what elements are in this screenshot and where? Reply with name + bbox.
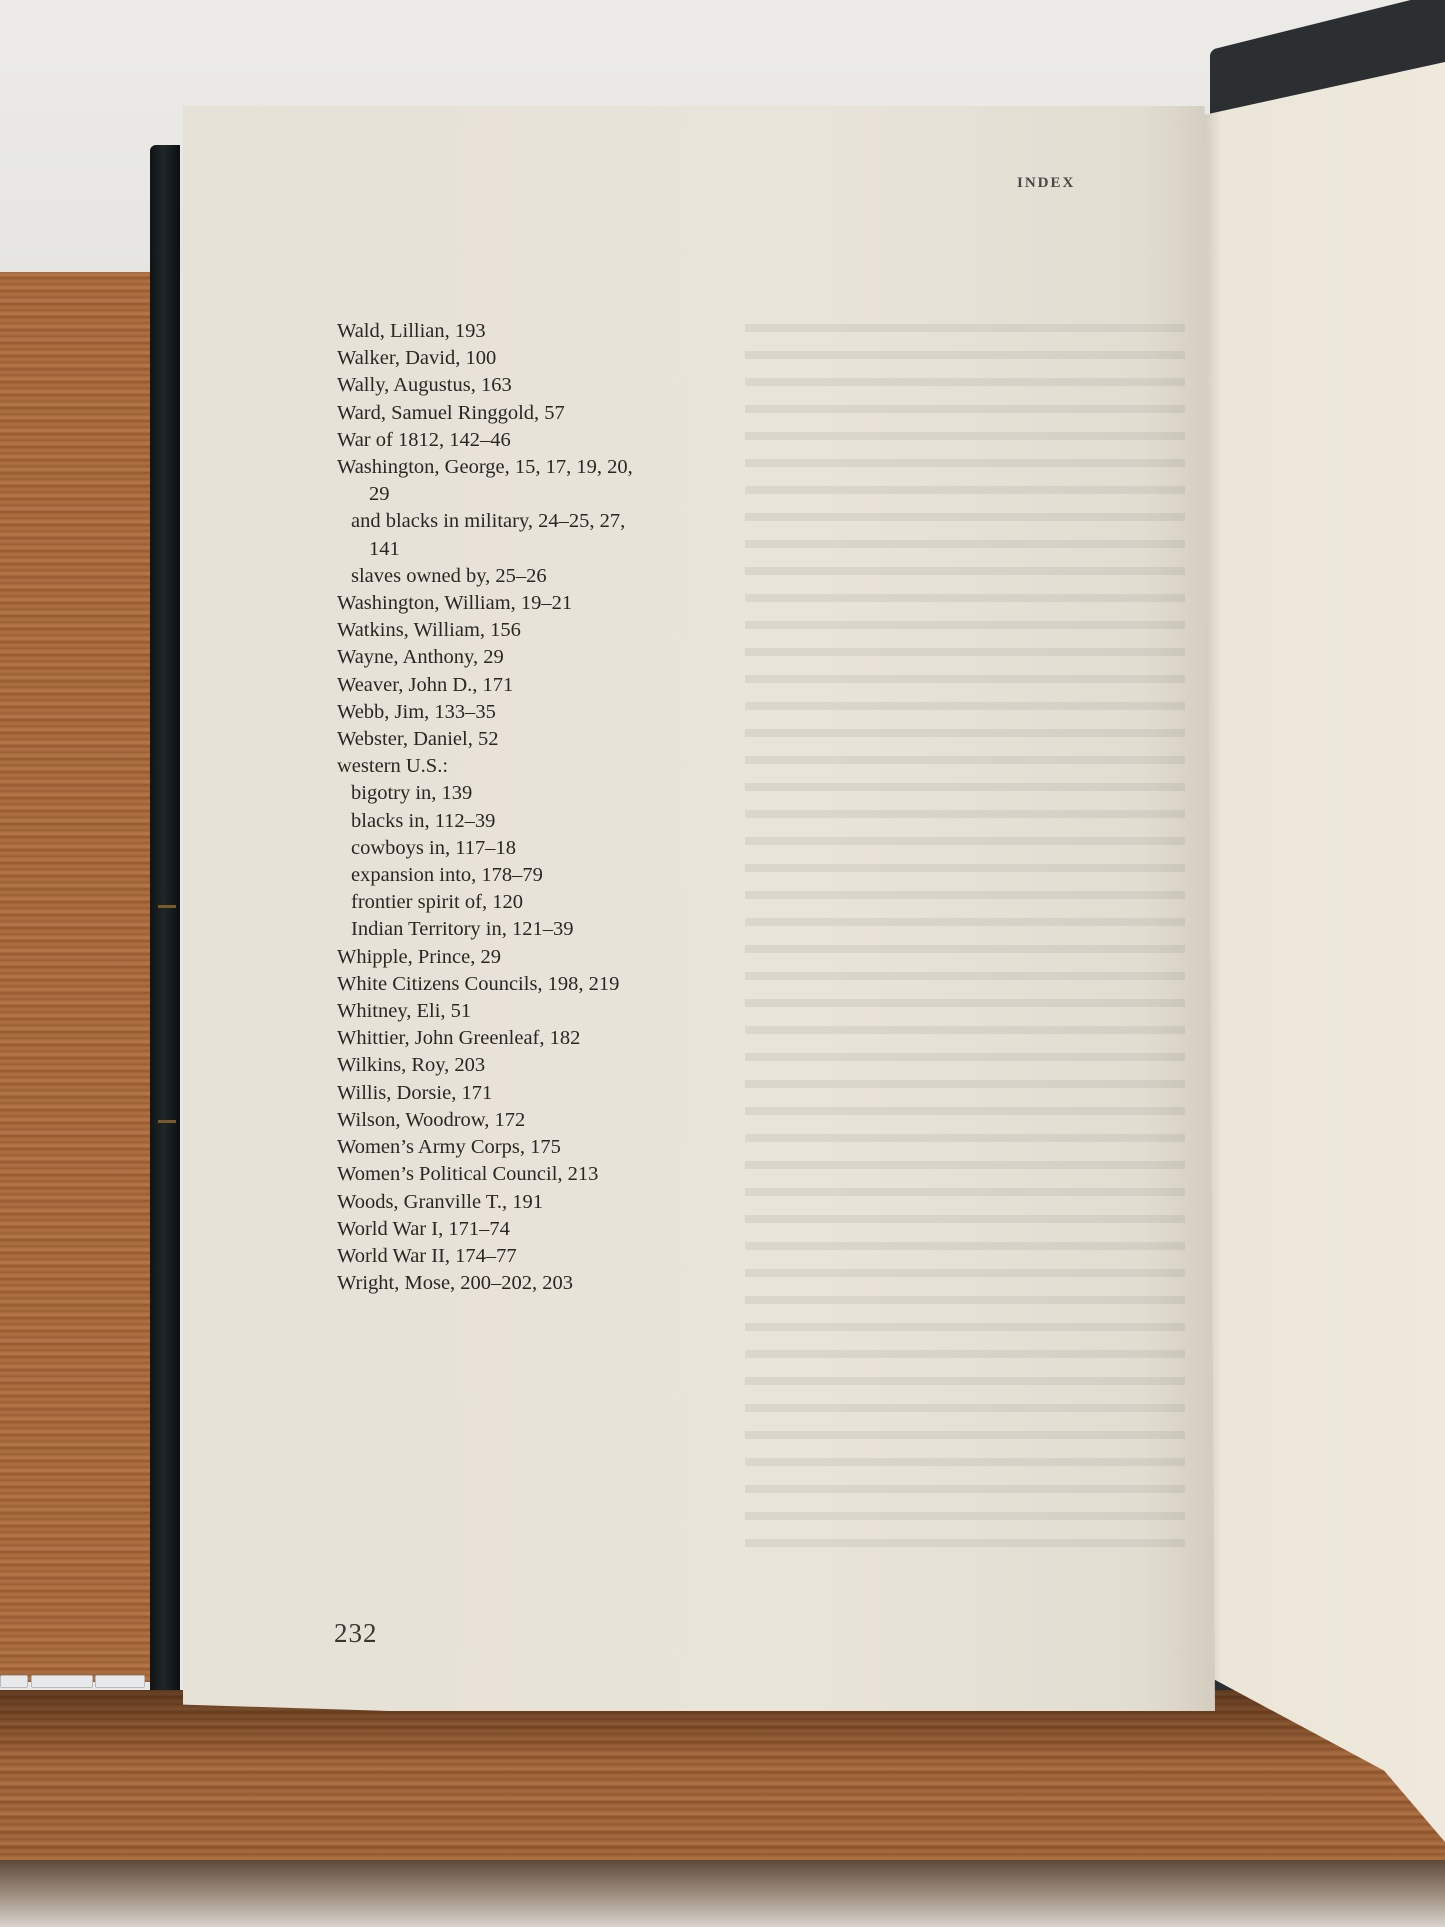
gold-trim — [158, 905, 176, 908]
index-subentry: bigotry in, 139 — [337, 780, 633, 807]
index-entry: Washington, George, 15, 17, 19, 20, — [337, 454, 633, 481]
index-entry: Wilson, Woodrow, 172 — [337, 1107, 633, 1134]
index-entry-continuation: 29 — [337, 481, 633, 508]
index-entry: Willis, Dorsie, 171 — [337, 1080, 633, 1107]
index-entry-continuation: 141 — [337, 536, 633, 563]
running-header: INDEX — [1017, 175, 1075, 192]
index-entry: Washington, William, 19–21 — [337, 590, 633, 617]
book-cover-left — [150, 145, 180, 1690]
index-entry: Walker, David, 100 — [337, 345, 633, 372]
index-entry: White Citizens Councils, 198, 219 — [337, 971, 633, 998]
index-entry: Weaver, John D., 171 — [337, 672, 633, 699]
index-entry: Woods, Granville T., 191 — [337, 1189, 633, 1216]
index-entry: Wilkins, Roy, 203 — [337, 1052, 633, 1079]
index-subentry: and blacks in military, 24–25, 27, — [337, 508, 633, 535]
index-entry: Whitney, Eli, 51 — [337, 998, 633, 1025]
index-entry: Webb, Jim, 133–35 — [337, 699, 633, 726]
index-entry: War of 1812, 142–46 — [337, 427, 633, 454]
hinge — [0, 1675, 28, 1688]
index-entry: Webster, Daniel, 52 — [337, 726, 633, 753]
index-entry: Watkins, William, 156 — [337, 617, 633, 644]
page-number: 232 — [334, 1618, 378, 1649]
index-entry: Wright, Mose, 200–202, 203 — [337, 1270, 633, 1297]
right-page — [1202, 62, 1445, 1842]
show-through-text — [745, 310, 1185, 1560]
wooden-shelf-back — [0, 272, 160, 1682]
index-entry: Wayne, Anthony, 29 — [337, 644, 633, 671]
hinge — [95, 1675, 145, 1688]
index-entry: Ward, Samuel Ringgold, 57 — [337, 400, 633, 427]
index-subentry: frontier spirit of, 120 — [337, 889, 633, 916]
index-entries: Wald, Lillian, 193Walker, David, 100Wall… — [337, 318, 633, 1297]
index-subentry: expansion into, 178–79 — [337, 862, 633, 889]
index-subentry: blacks in, 112–39 — [337, 808, 633, 835]
index-entry: Whipple, Prince, 29 — [337, 944, 633, 971]
index-subentry: cowboys in, 117–18 — [337, 835, 633, 862]
index-entry: World War I, 171–74 — [337, 1216, 633, 1243]
index-entry: Wald, Lillian, 193 — [337, 318, 633, 345]
index-entry: Women’s Political Council, 213 — [337, 1161, 633, 1188]
index-entry: Wally, Augustus, 163 — [337, 372, 633, 399]
index-entry: World War II, 174–77 — [337, 1243, 633, 1270]
index-subentry: Indian Territory in, 121–39 — [337, 916, 633, 943]
shelf-underside — [0, 1860, 1445, 1927]
index-entry: Women’s Army Corps, 175 — [337, 1134, 633, 1161]
hinge — [31, 1675, 93, 1688]
index-entry: western U.S.: — [337, 753, 633, 780]
index-subentry: slaves owned by, 25–26 — [337, 563, 633, 590]
gold-trim — [158, 1120, 176, 1123]
index-entry: Whittier, John Greenleaf, 182 — [337, 1025, 633, 1052]
